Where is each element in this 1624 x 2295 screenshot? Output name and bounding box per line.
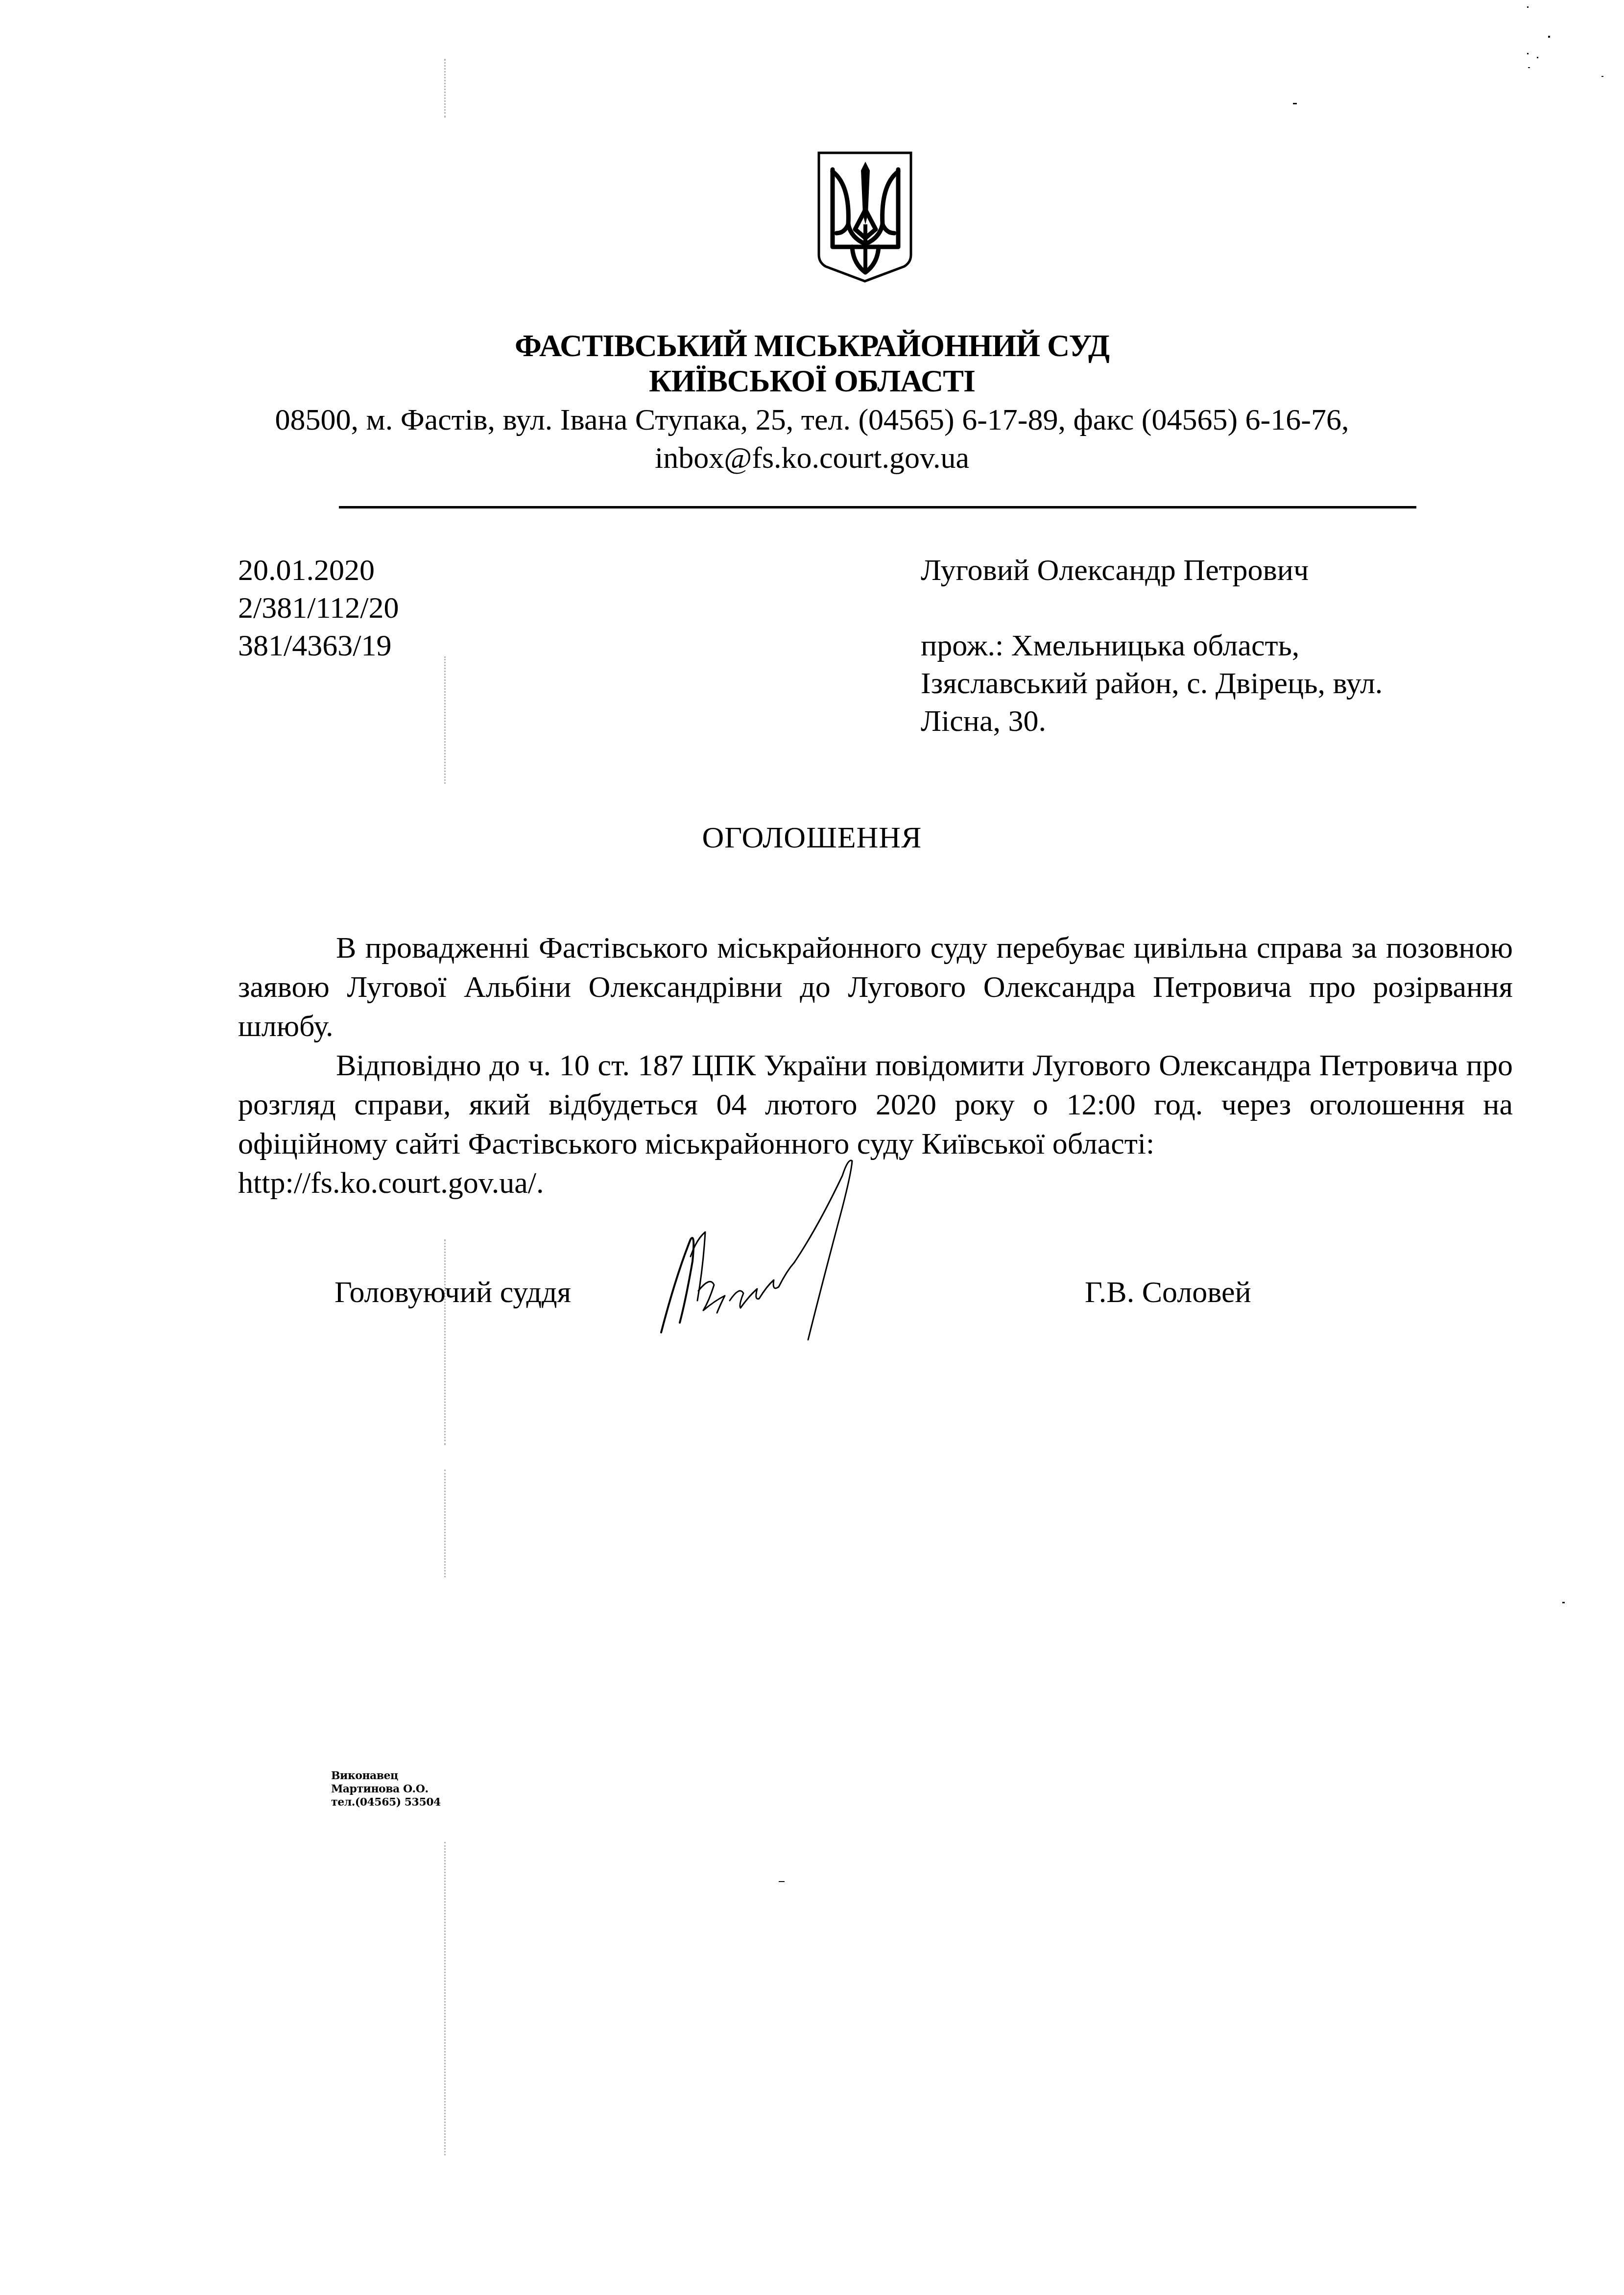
signatory-role: Головуючий суддя xyxy=(334,1274,571,1311)
addressee-address-line2: Ізяславський район, с. Двірець, вул. xyxy=(921,665,1459,702)
scan-speck xyxy=(1293,103,1297,104)
outgoing-number: 2/381/112/20 xyxy=(238,589,399,627)
scan-speck xyxy=(1527,6,1528,8)
document-title: ОГОЛОШЕННЯ xyxy=(0,819,1624,857)
spacer xyxy=(921,589,1459,627)
addressee-address-line1: прож.: Хмельницька область, xyxy=(921,627,1459,665)
executor-phone: тел.(04565) 53504 xyxy=(331,1796,441,1809)
reference-block: 20.01.2020 2/381/112/20 381/4363/19 xyxy=(238,552,399,665)
scan-fold-line-upper xyxy=(444,656,446,784)
scan-fold-line-middle xyxy=(444,1239,446,1445)
scan-fold-line-bottom xyxy=(444,1842,446,2155)
court-name-line1: ФАСТІВСЬКИЙ МІСЬКРАЙОННИЙ СУД xyxy=(0,327,1624,364)
case-number: 381/4363/19 xyxy=(238,627,399,665)
addressee-address-line3: Лісна, 30. xyxy=(921,702,1459,740)
scan-fold-line-lower xyxy=(444,1470,446,1577)
court-email: inbox@fs.ko.court.gov.ua xyxy=(0,439,1624,477)
executor-name: Мартинова О.О. xyxy=(331,1783,441,1796)
scan-speck xyxy=(1548,36,1550,38)
scan-speck xyxy=(1537,57,1538,58)
handwritten-signature-icon xyxy=(656,1154,979,1350)
executor-label: Виконавец xyxy=(331,1769,441,1783)
court-name-line2: КИЇВСЬКОЇ ОБЛАСТІ xyxy=(0,362,1624,400)
court-address: 08500, м. Фастів, вул. Івана Ступака, 25… xyxy=(0,401,1624,439)
executor-note: Виконавец Мартинова О.О. тел.(04565) 535… xyxy=(331,1769,441,1809)
header-divider xyxy=(339,506,1416,508)
signatory-name: Г.В. Соловей xyxy=(1085,1274,1251,1311)
scan-speck xyxy=(1528,67,1530,68)
ukraine-trident-coat-of-arms-icon xyxy=(817,151,913,283)
addressee-name: Луговий Олександр Петрович xyxy=(921,552,1459,589)
scan-speck xyxy=(1527,53,1528,54)
document-date: 20.01.2020 xyxy=(238,552,399,589)
scan-speck xyxy=(1601,76,1603,77)
scan-speck xyxy=(1562,1602,1565,1603)
addressee-block: Луговий Олександр Петрович прож.: Хмельн… xyxy=(921,552,1459,740)
hearing-notice-text: Відповідно до ч. 10 ст. 187 ЦПК України … xyxy=(238,1049,1513,1160)
scan-fold-line-top xyxy=(444,59,446,118)
scan-speck xyxy=(779,1881,785,1882)
paragraph-case-info: В провадженні Фастівського міськрайонног… xyxy=(238,928,1513,1046)
